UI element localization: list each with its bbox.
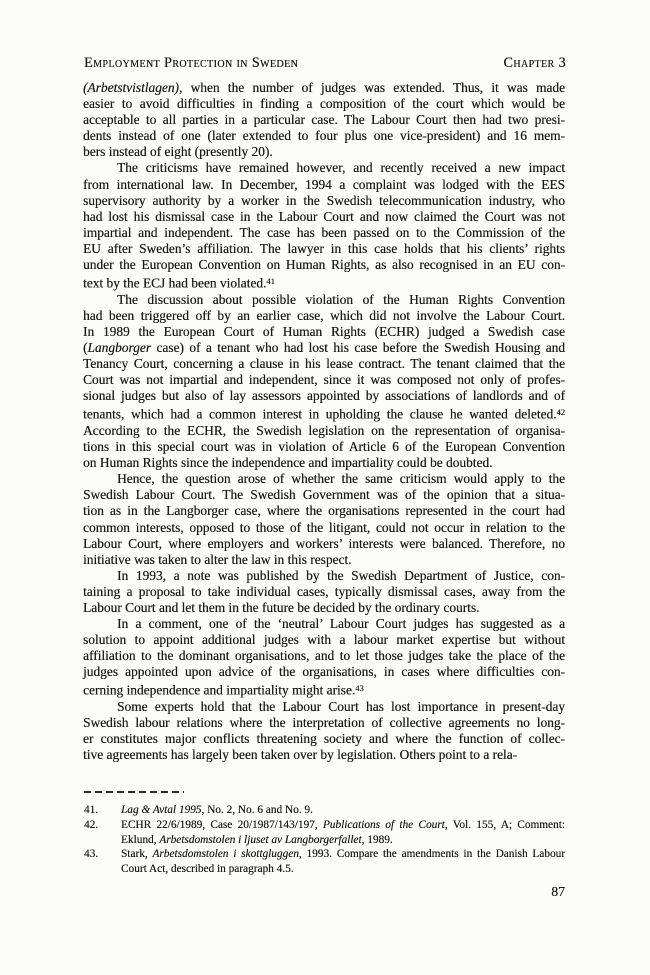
text-line: According to the ECHR, the Swedish legis… xyxy=(83,423,565,439)
text-line: bers instead of eight (presently 20). xyxy=(83,144,565,160)
text-segment: , No. 2, No. 6 and No. 9. xyxy=(201,804,312,816)
text-segment: case) of a tenant who had lost his case … xyxy=(151,340,565,355)
text-segment: had lost his dismissal case in the Labou… xyxy=(83,209,565,224)
text-line: ECHR 22/6/1989, Case 20/1987/143/197, Pu… xyxy=(121,818,565,833)
text-segment: Eklund, xyxy=(121,834,159,846)
body-text: (Arbetstvistlagen), when the number of j… xyxy=(83,80,565,763)
text-segment: , Vol. 155, A; Comment: xyxy=(445,819,565,831)
text-line: Court was not impartial and independent,… xyxy=(83,372,565,388)
text-segment: , 1989. xyxy=(362,834,393,846)
text-segment: supervisory authority by a worker in the… xyxy=(83,193,565,208)
text-line: tions in this special court was in viola… xyxy=(83,439,565,455)
text-segment: impartial and independent. The case has … xyxy=(83,225,565,240)
text-line: affiliation to the dominant organisation… xyxy=(83,648,565,664)
paragraph: (Arbetstvistlagen), when the number of j… xyxy=(83,80,565,160)
text-line: (Arbetstvistlagen), when the number of j… xyxy=(83,80,565,96)
footnote-number: 42. xyxy=(84,818,121,848)
text-line: The criticisms have remained however, an… xyxy=(83,160,565,176)
text-segment: initiative was taken to alter the law in… xyxy=(83,552,351,567)
footnote-item: 41.Lag & Avtal 1995, No. 2, No. 6 and No… xyxy=(84,803,565,818)
footnote-text: Stark, Arbetsdomstolen i skottgluggen, 1… xyxy=(121,847,565,877)
italic-text: (Arbetstvistlagen) xyxy=(83,80,179,95)
document-page: Employment Protection in Sweden Chapter … xyxy=(0,0,650,975)
text-segment: solution to appoint additional judges wi… xyxy=(83,632,565,647)
footnote-item: 42.ECHR 22/6/1989, Case 20/1987/143/197,… xyxy=(84,818,565,848)
text-line: text by the ECJ had been violated.41 xyxy=(83,273,565,292)
text-line: solution to appoint additional judges wi… xyxy=(83,632,565,648)
footnote-list: 41.Lag & Avtal 1995, No. 2, No. 6 and No… xyxy=(84,803,565,877)
footnotes-section: 41.Lag & Avtal 1995, No. 2, No. 6 and No… xyxy=(84,791,565,877)
text-line: easier to avoid difficulties in finding … xyxy=(83,96,565,112)
text-segment: Court Act, described in paragraph 4.5. xyxy=(121,863,294,875)
text-line: Lag & Avtal 1995, No. 2, No. 6 and No. 9… xyxy=(121,803,565,818)
text-segment: , when the number of judges was extended… xyxy=(179,80,565,95)
italic-text: Arbetsdomstolen i skottgluggen xyxy=(152,848,298,860)
text-segment: bers instead of eight (presently 20). xyxy=(83,144,273,159)
footnote-reference: 43 xyxy=(355,683,364,693)
footnote-separator xyxy=(84,791,184,793)
text-line: supervisory authority by a worker in the… xyxy=(83,193,565,209)
text-line: Labour Court, where employers and worker… xyxy=(83,536,565,552)
text-segment: tive agreements has largely been taken o… xyxy=(83,747,517,762)
text-line: Hence, the question arose of whether the… xyxy=(83,471,565,487)
paragraph: Hence, the question arose of whether the… xyxy=(83,471,565,568)
text-line: In 1993, a note was published by the Swe… xyxy=(83,568,565,584)
text-line: In a comment, one of the ‘neutral’ Labou… xyxy=(83,616,565,632)
text-segment: Labour Court, where employers and worker… xyxy=(83,536,565,551)
text-segment: common interests, opposed to those of th… xyxy=(83,520,565,535)
paragraph: In 1993, a note was published by the Swe… xyxy=(83,568,565,616)
text-segment: had been triggered off by an earlier cas… xyxy=(83,308,565,323)
paragraph: Some experts hold that the Labour Court … xyxy=(83,699,565,763)
footnote-number: 43. xyxy=(84,847,121,877)
text-segment: In 1993, a note was published by the Swe… xyxy=(117,568,565,583)
paragraph: In a comment, one of the ‘neutral’ Labou… xyxy=(83,616,565,699)
text-line: acceptable to all parties in a particula… xyxy=(83,112,565,128)
text-line: EU after Sweden’s affiliation. The lawye… xyxy=(83,241,565,257)
text-line: Eklund, Arbetsdomstolen i ljuset av Lang… xyxy=(121,833,565,848)
paragraph: The criticisms have remained however, an… xyxy=(83,160,565,291)
text-line: In 1989 the European Court of Human Righ… xyxy=(83,324,565,340)
text-segment: ECHR 22/6/1989, Case 20/1987/143/197, xyxy=(121,819,323,831)
text-segment: According to the ECHR, the Swedish legis… xyxy=(83,423,565,438)
text-line: er constitutes major conflicts threateni… xyxy=(83,731,565,747)
text-line: initiative was taken to alter the law in… xyxy=(83,552,565,568)
text-segment: from international law. In December, 199… xyxy=(83,177,565,192)
page-number: 87 xyxy=(83,884,565,900)
text-segment: sional judges but also of lay assessors … xyxy=(83,388,565,403)
text-line: Stark, Arbetsdomstolen i skottgluggen, 1… xyxy=(121,847,565,862)
text-line: impartial and independent. The case has … xyxy=(83,225,565,241)
text-segment: , 1993. Compare the amendments in the Da… xyxy=(299,848,565,860)
text-segment: tion as in the Langborger case, where th… xyxy=(83,503,565,518)
text-segment: on Human Rights since the independence a… xyxy=(83,455,492,470)
running-title: Employment Protection in Sweden xyxy=(84,55,298,72)
italic-text: Langborger xyxy=(87,340,151,355)
italic-text: Lag & Avtal 1995 xyxy=(121,804,201,816)
footnote-text: Lag & Avtal 1995, No. 2, No. 6 and No. 9… xyxy=(121,803,565,818)
text-segment: Swedish Labour Court. The Swedish Govern… xyxy=(83,487,565,502)
text-segment: Tenancy Court, concerning a clause in hi… xyxy=(83,356,565,371)
text-line: taining a proposal to take individual ca… xyxy=(83,584,565,600)
text-segment: acceptable to all parties in a particula… xyxy=(83,112,565,127)
text-line: sional judges but also of lay assessors … xyxy=(83,388,565,404)
text-line: Some experts hold that the Labour Court … xyxy=(83,699,565,715)
text-line: cerning independence and impartiality mi… xyxy=(83,680,565,699)
text-segment: The discussion about possible violation … xyxy=(117,292,565,307)
text-segment: Court was not impartial and independent,… xyxy=(83,372,565,387)
text-line: from international law. In December, 199… xyxy=(83,177,565,193)
text-line: had been triggered off by an earlier cas… xyxy=(83,308,565,324)
text-line: Labour Court and let them in the future … xyxy=(83,600,565,616)
text-segment: In a comment, one of the ‘neutral’ Labou… xyxy=(117,616,565,631)
text-line: Tenancy Court, concerning a clause in hi… xyxy=(83,356,565,372)
text-line: Swedish Labour Court. The Swedish Govern… xyxy=(83,487,565,503)
text-segment: tions in this special court was in viola… xyxy=(83,439,565,454)
text-line: tive agreements has largely been taken o… xyxy=(83,747,565,763)
text-line: (Langborger case) of a tenant who had lo… xyxy=(83,340,565,356)
text-segment: judges appointed upon advice of the orga… xyxy=(83,664,565,679)
text-segment: affiliation to the dominant organisation… xyxy=(83,648,565,663)
text-segment: tenants, which had a common interest in … xyxy=(83,407,557,422)
text-segment: Some experts hold that the Labour Court … xyxy=(117,699,565,714)
footnote-item: 43.Stark, Arbetsdomstolen i skottgluggen… xyxy=(84,847,565,877)
text-line: on Human Rights since the independence a… xyxy=(83,455,565,471)
text-line: under the European Convention on Human R… xyxy=(83,257,565,273)
text-line: tion as in the Langborger case, where th… xyxy=(83,503,565,519)
text-line: judges appointed upon advice of the orga… xyxy=(83,664,565,680)
text-line: Court Act, described in paragraph 4.5. xyxy=(121,862,565,877)
text-segment: er constitutes major conflicts threateni… xyxy=(83,731,565,746)
text-line: Swedish labour relations where the inter… xyxy=(83,715,565,731)
running-header: Employment Protection in Sweden Chapter … xyxy=(84,55,566,72)
footnote-text: ECHR 22/6/1989, Case 20/1987/143/197, Pu… xyxy=(121,818,565,848)
text-segment: cerning independence and impartiality mi… xyxy=(83,683,355,698)
chapter-label: Chapter 3 xyxy=(503,55,566,72)
italic-text: Arbetsdomstolen i ljuset av Langborgerfa… xyxy=(159,834,361,846)
text-segment: Labour Court and let them in the future … xyxy=(83,600,479,615)
text-line: common interests, opposed to those of th… xyxy=(83,520,565,536)
text-segment: text by the ECJ had been violated. xyxy=(83,276,266,291)
text-segment: dents instead of one (later extended to … xyxy=(83,128,565,143)
paragraph: The discussion about possible violation … xyxy=(83,292,565,472)
text-segment: In 1989 the European Court of Human Righ… xyxy=(83,324,565,339)
text-line: The discussion about possible violation … xyxy=(83,292,565,308)
text-segment: Swedish labour relations where the inter… xyxy=(83,715,565,730)
text-segment: Hence, the question arose of whether the… xyxy=(117,471,565,486)
footnote-reference: 42 xyxy=(557,407,566,417)
italic-text: Publications of the Court xyxy=(323,819,445,831)
text-segment: easier to avoid difficulties in finding … xyxy=(83,96,565,111)
text-line: tenants, which had a common interest in … xyxy=(83,404,565,423)
footnote-reference: 41 xyxy=(266,276,275,286)
text-segment: Stark, xyxy=(121,848,152,860)
text-segment: under the European Convention on Human R… xyxy=(83,257,565,272)
text-segment: The criticisms have remained however, an… xyxy=(117,160,565,175)
text-segment: EU after Sweden’s affiliation. The lawye… xyxy=(83,241,565,256)
text-line: dents instead of one (later extended to … xyxy=(83,128,565,144)
text-line: had lost his dismissal case in the Labou… xyxy=(83,209,565,225)
text-segment: taining a proposal to take individual ca… xyxy=(83,584,565,599)
footnote-number: 41. xyxy=(84,803,121,818)
